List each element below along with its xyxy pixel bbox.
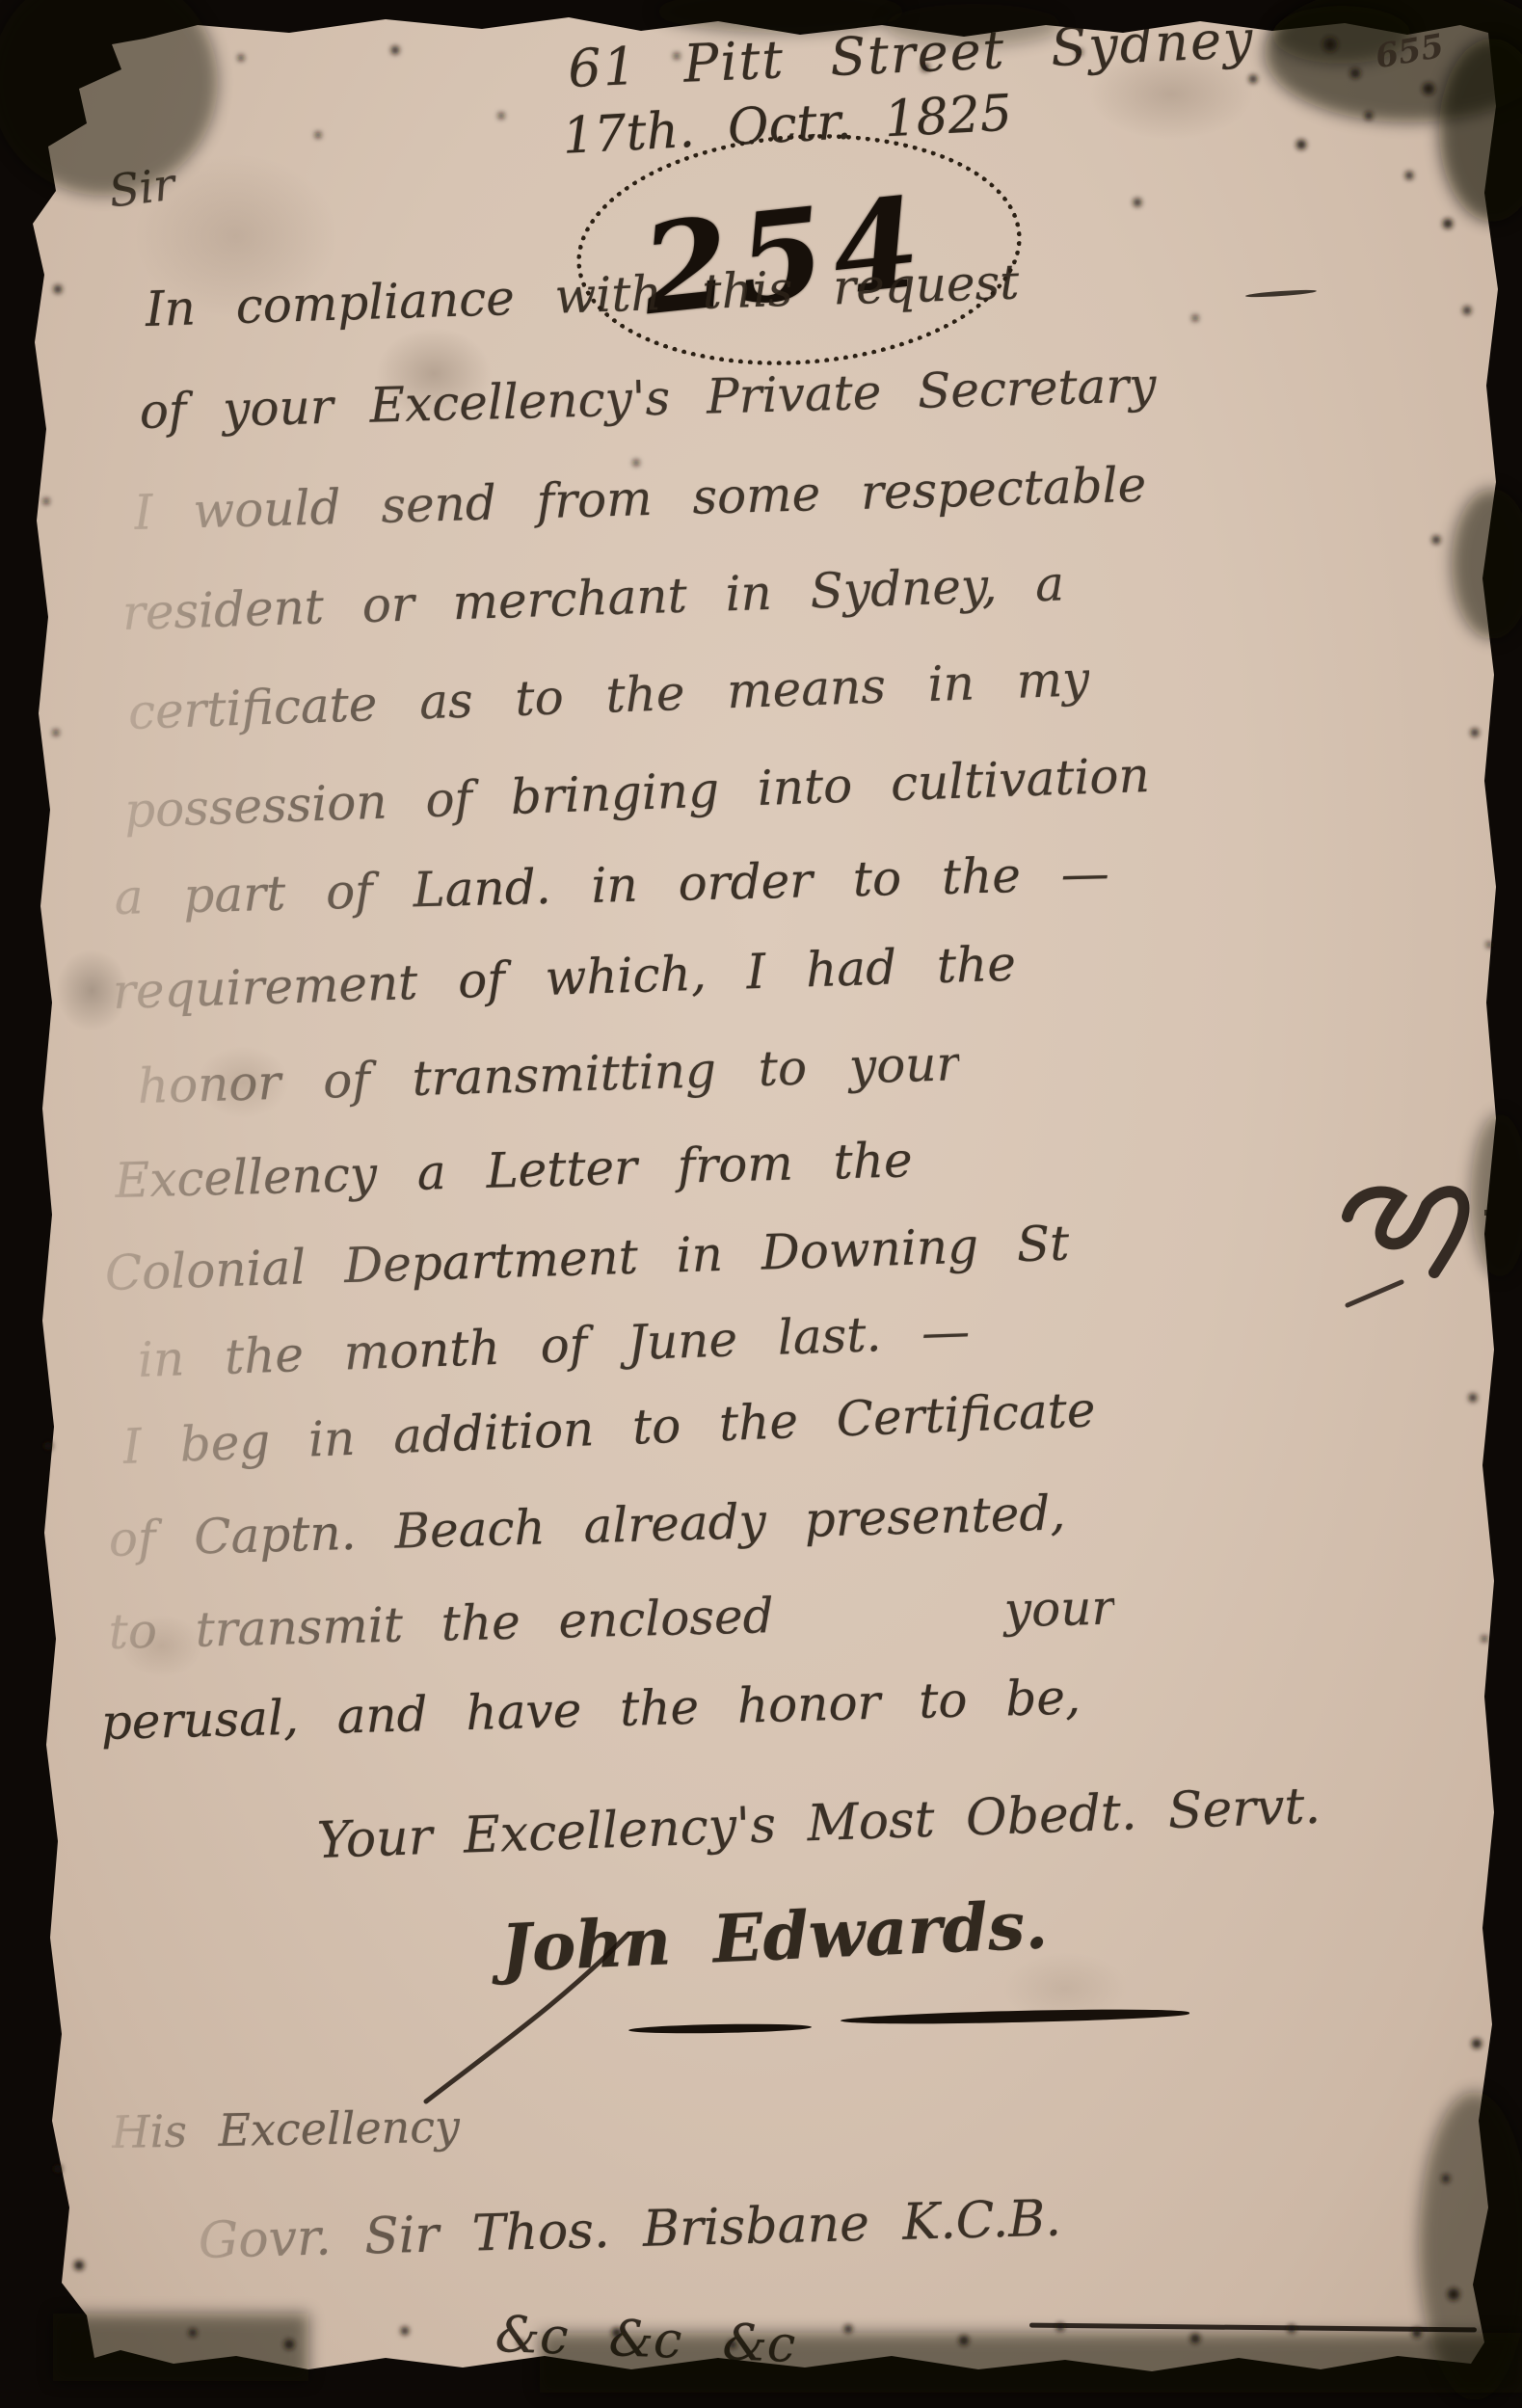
letter-line: I beg in addition to the Certificate xyxy=(121,1381,1096,1475)
letter-line: resident or merchant in Sydney, a xyxy=(121,555,1065,641)
addressee-line: &c &c &c xyxy=(494,2306,796,2374)
letter-line: certificate as to the means in my xyxy=(127,651,1090,740)
letter-line: Excellency a Letter from the xyxy=(114,1132,913,1209)
letter-line: to transmit the enclosed your xyxy=(108,1579,1115,1659)
addressee-line: His Excellency xyxy=(111,2100,460,2158)
letter-line: perusal, and have the honor to be, xyxy=(100,1669,1081,1751)
letter-line: Colonial Department in Downing St xyxy=(104,1216,1070,1301)
corner-archive-number: 655 xyxy=(1373,27,1447,77)
ink-blot-dash xyxy=(1348,1282,1402,1305)
letter-line: a part of Land. in order to the — xyxy=(114,845,1109,925)
ink-blot-squiggle xyxy=(1348,1191,1464,1272)
signature-underline xyxy=(841,2006,1189,2026)
letter-line: of your Excellency's Private Secretary xyxy=(139,357,1157,440)
letter-line: requirement of which, I had the xyxy=(112,936,1017,1020)
letter-line: honor of transmitting to your xyxy=(137,1035,960,1114)
signature: John Edwards. xyxy=(499,1886,1049,1988)
addressee-line: Govr. Sir Thos. Brisbane K.C.B. xyxy=(198,2190,1062,2270)
letter-line: I would send from some respectable xyxy=(133,457,1147,541)
scanned-letter-page: 655 61 Pitt Street Sydney 17th. Octr. 18… xyxy=(0,0,1522,2408)
signature-underline xyxy=(628,2022,812,2034)
address-line: 61 Pitt Street Sydney xyxy=(567,9,1256,99)
letter-line: of Captn. Beach already presented, xyxy=(108,1485,1066,1567)
valediction: Your Excellency's Most Obedt. Servt. xyxy=(316,1778,1322,1870)
letter-line: possession of bringing into cultivation xyxy=(123,747,1151,839)
salutation: Sir xyxy=(106,158,177,218)
letter-line: in the month of June last. — xyxy=(137,1303,971,1388)
stray-dash xyxy=(1245,288,1317,298)
addressee-flourish-line xyxy=(1029,2323,1477,2333)
